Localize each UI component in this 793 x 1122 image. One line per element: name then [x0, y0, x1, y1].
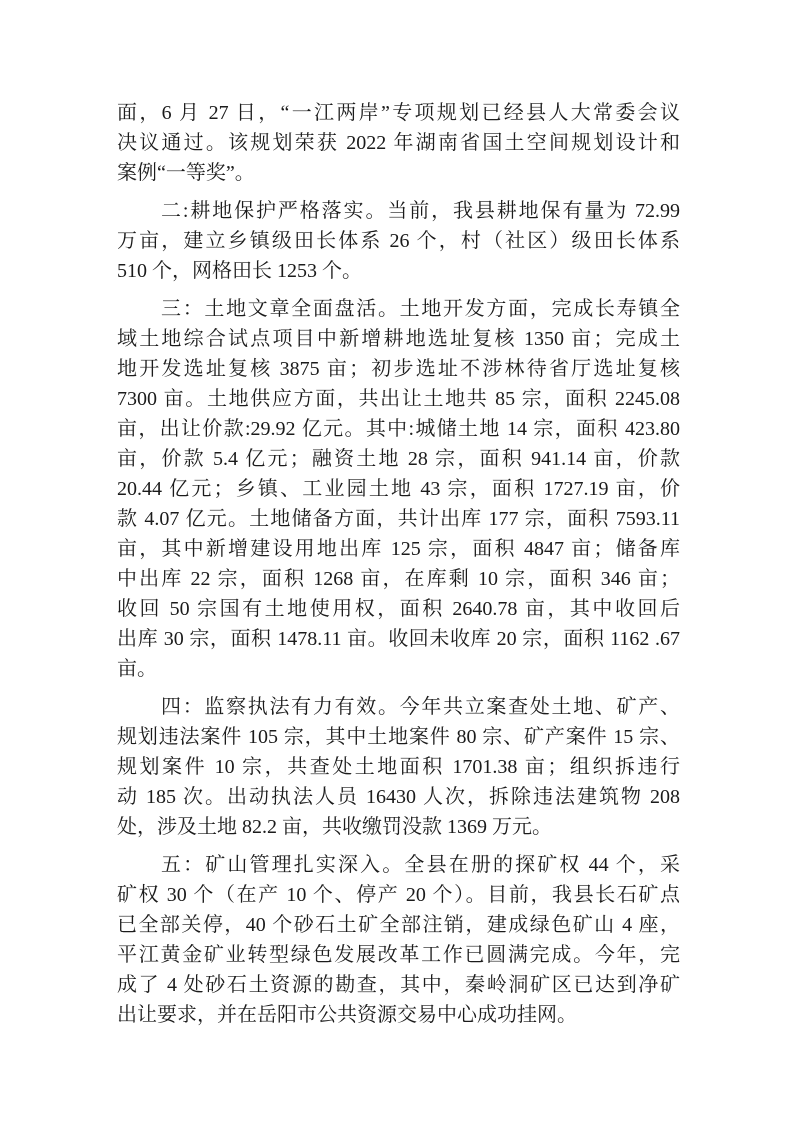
text-line: 收回 50 宗国有土地使用权，面积 2640.78 亩，其中收回后 — [117, 594, 680, 624]
text-line: 款 4.07 亿元。土地储备方面，共计出库 177 宗，面积 7593.11 — [117, 504, 680, 534]
text-line: 面，6 月 27 日，“一江两岸”专项规划已经县人大常委会议 — [117, 98, 680, 128]
text-line: 动 185 次。出动执法人员 16430 人次，拆除违法建筑物 208 — [117, 782, 680, 812]
text-line: 亩。 — [117, 654, 680, 684]
text-line: 二:耕地保护严格落实。当前，我县耕地保有量为 72.99 — [117, 196, 680, 226]
text-line: 案例“一等奖”。 — [117, 158, 680, 188]
text-line: 亩，价款 5.4 亿元；融资土地 28 宗，面积 941.14 亩，价款 — [117, 444, 680, 474]
paragraph: 五：矿山管理扎实深入。全县在册的探矿权 44 个，采矿权 30 个（在产 10 … — [117, 850, 680, 1030]
paragraph: 二:耕地保护严格落实。当前，我县耕地保有量为 72.99万亩，建立乡镇级田长体系… — [117, 196, 680, 286]
text-line: 域土地综合试点项目中新增耕地选址复核 1350 亩；完成土 — [117, 324, 680, 354]
text-line: 出让要求，并在岳阳市公共资源交易中心成功挂网。 — [117, 1000, 680, 1030]
text-line: 7300 亩。土地供应方面，共出让土地共 85 宗，面积 2245.08 — [117, 384, 680, 414]
paragraph: 三：土地文章全面盘活。土地开发方面，完成长寿镇全域土地综合试点项目中新增耕地选址… — [117, 294, 680, 684]
text-line: 万亩，建立乡镇级田长体系 26 个，村（社区）级田长体系 — [117, 226, 680, 256]
paragraph: 面，6 月 27 日，“一江两岸”专项规划已经县人大常委会议决议通过。该规划荣获… — [117, 98, 680, 188]
text-line: 平江黄金矿业转型绿色发展改革工作已圆满完成。今年，完 — [117, 940, 680, 970]
text-line: 亩，出让价款:29.92 亿元。其中:城储土地 14 宗，面积 423.80 — [117, 414, 680, 444]
text-line: 规划违法案件 105 宗，其中土地案件 80 宗、矿产案件 15 宗、 — [117, 722, 680, 752]
text-line: 出库 30 宗，面积 1478.11 亩。收回未收库 20 宗，面积 1162 … — [117, 624, 680, 654]
text-line: 510 个，网格田长 1253 个。 — [117, 256, 680, 286]
text-line: 亩，其中新增建设用地出库 125 宗，面积 4847 亩；储备库 — [117, 534, 680, 564]
text-line: 规划案件 10 宗，共查处土地面积 1701.38 亩；组织拆违行 — [117, 752, 680, 782]
text-line: 决议通过。该规划荣获 2022 年湖南省国土空间规划设计和 — [117, 128, 680, 158]
text-line: 五：矿山管理扎实深入。全县在册的探矿权 44 个，采 — [117, 850, 680, 880]
text-line: 三：土地文章全面盘活。土地开发方面，完成长寿镇全 — [117, 294, 680, 324]
text-line: 处，涉及土地 82.2 亩，共收缴罚没款 1369 万元。 — [117, 812, 680, 842]
paragraph: 四：监察执法有力有效。今年共立案查处土地、矿产、规划违法案件 105 宗，其中土… — [117, 692, 680, 842]
text-line: 矿权 30 个（在产 10 个、停产 20 个）。目前，我县长石矿点 — [117, 880, 680, 910]
text-line: 20.44 亿元；乡镇、工业园土地 43 宗，面积 1727.19 亩，价 — [117, 474, 680, 504]
document-page: 面，6 月 27 日，“一江两岸”专项规划已经县人大常委会议决议通过。该规划荣获… — [0, 0, 793, 1122]
text-line: 已全部关停，40 个砂石土矿全部注销，建成绿色矿山 4 座， — [117, 910, 680, 940]
text-line: 中出库 22 宗，面积 1268 亩，在库剩 10 宗，面积 346 亩； — [117, 564, 680, 594]
text-column: 面，6 月 27 日，“一江两岸”专项规划已经县人大常委会议决议通过。该规划荣获… — [117, 98, 680, 1030]
text-line: 四：监察执法有力有效。今年共立案查处土地、矿产、 — [117, 692, 680, 722]
text-line: 成了 4 处砂石土资源的勘查，其中，秦岭洞矿区已达到净矿 — [117, 970, 680, 1000]
text-line: 地开发选址复核 3875 亩；初步选址不涉林待省厅选址复核 — [117, 354, 680, 384]
